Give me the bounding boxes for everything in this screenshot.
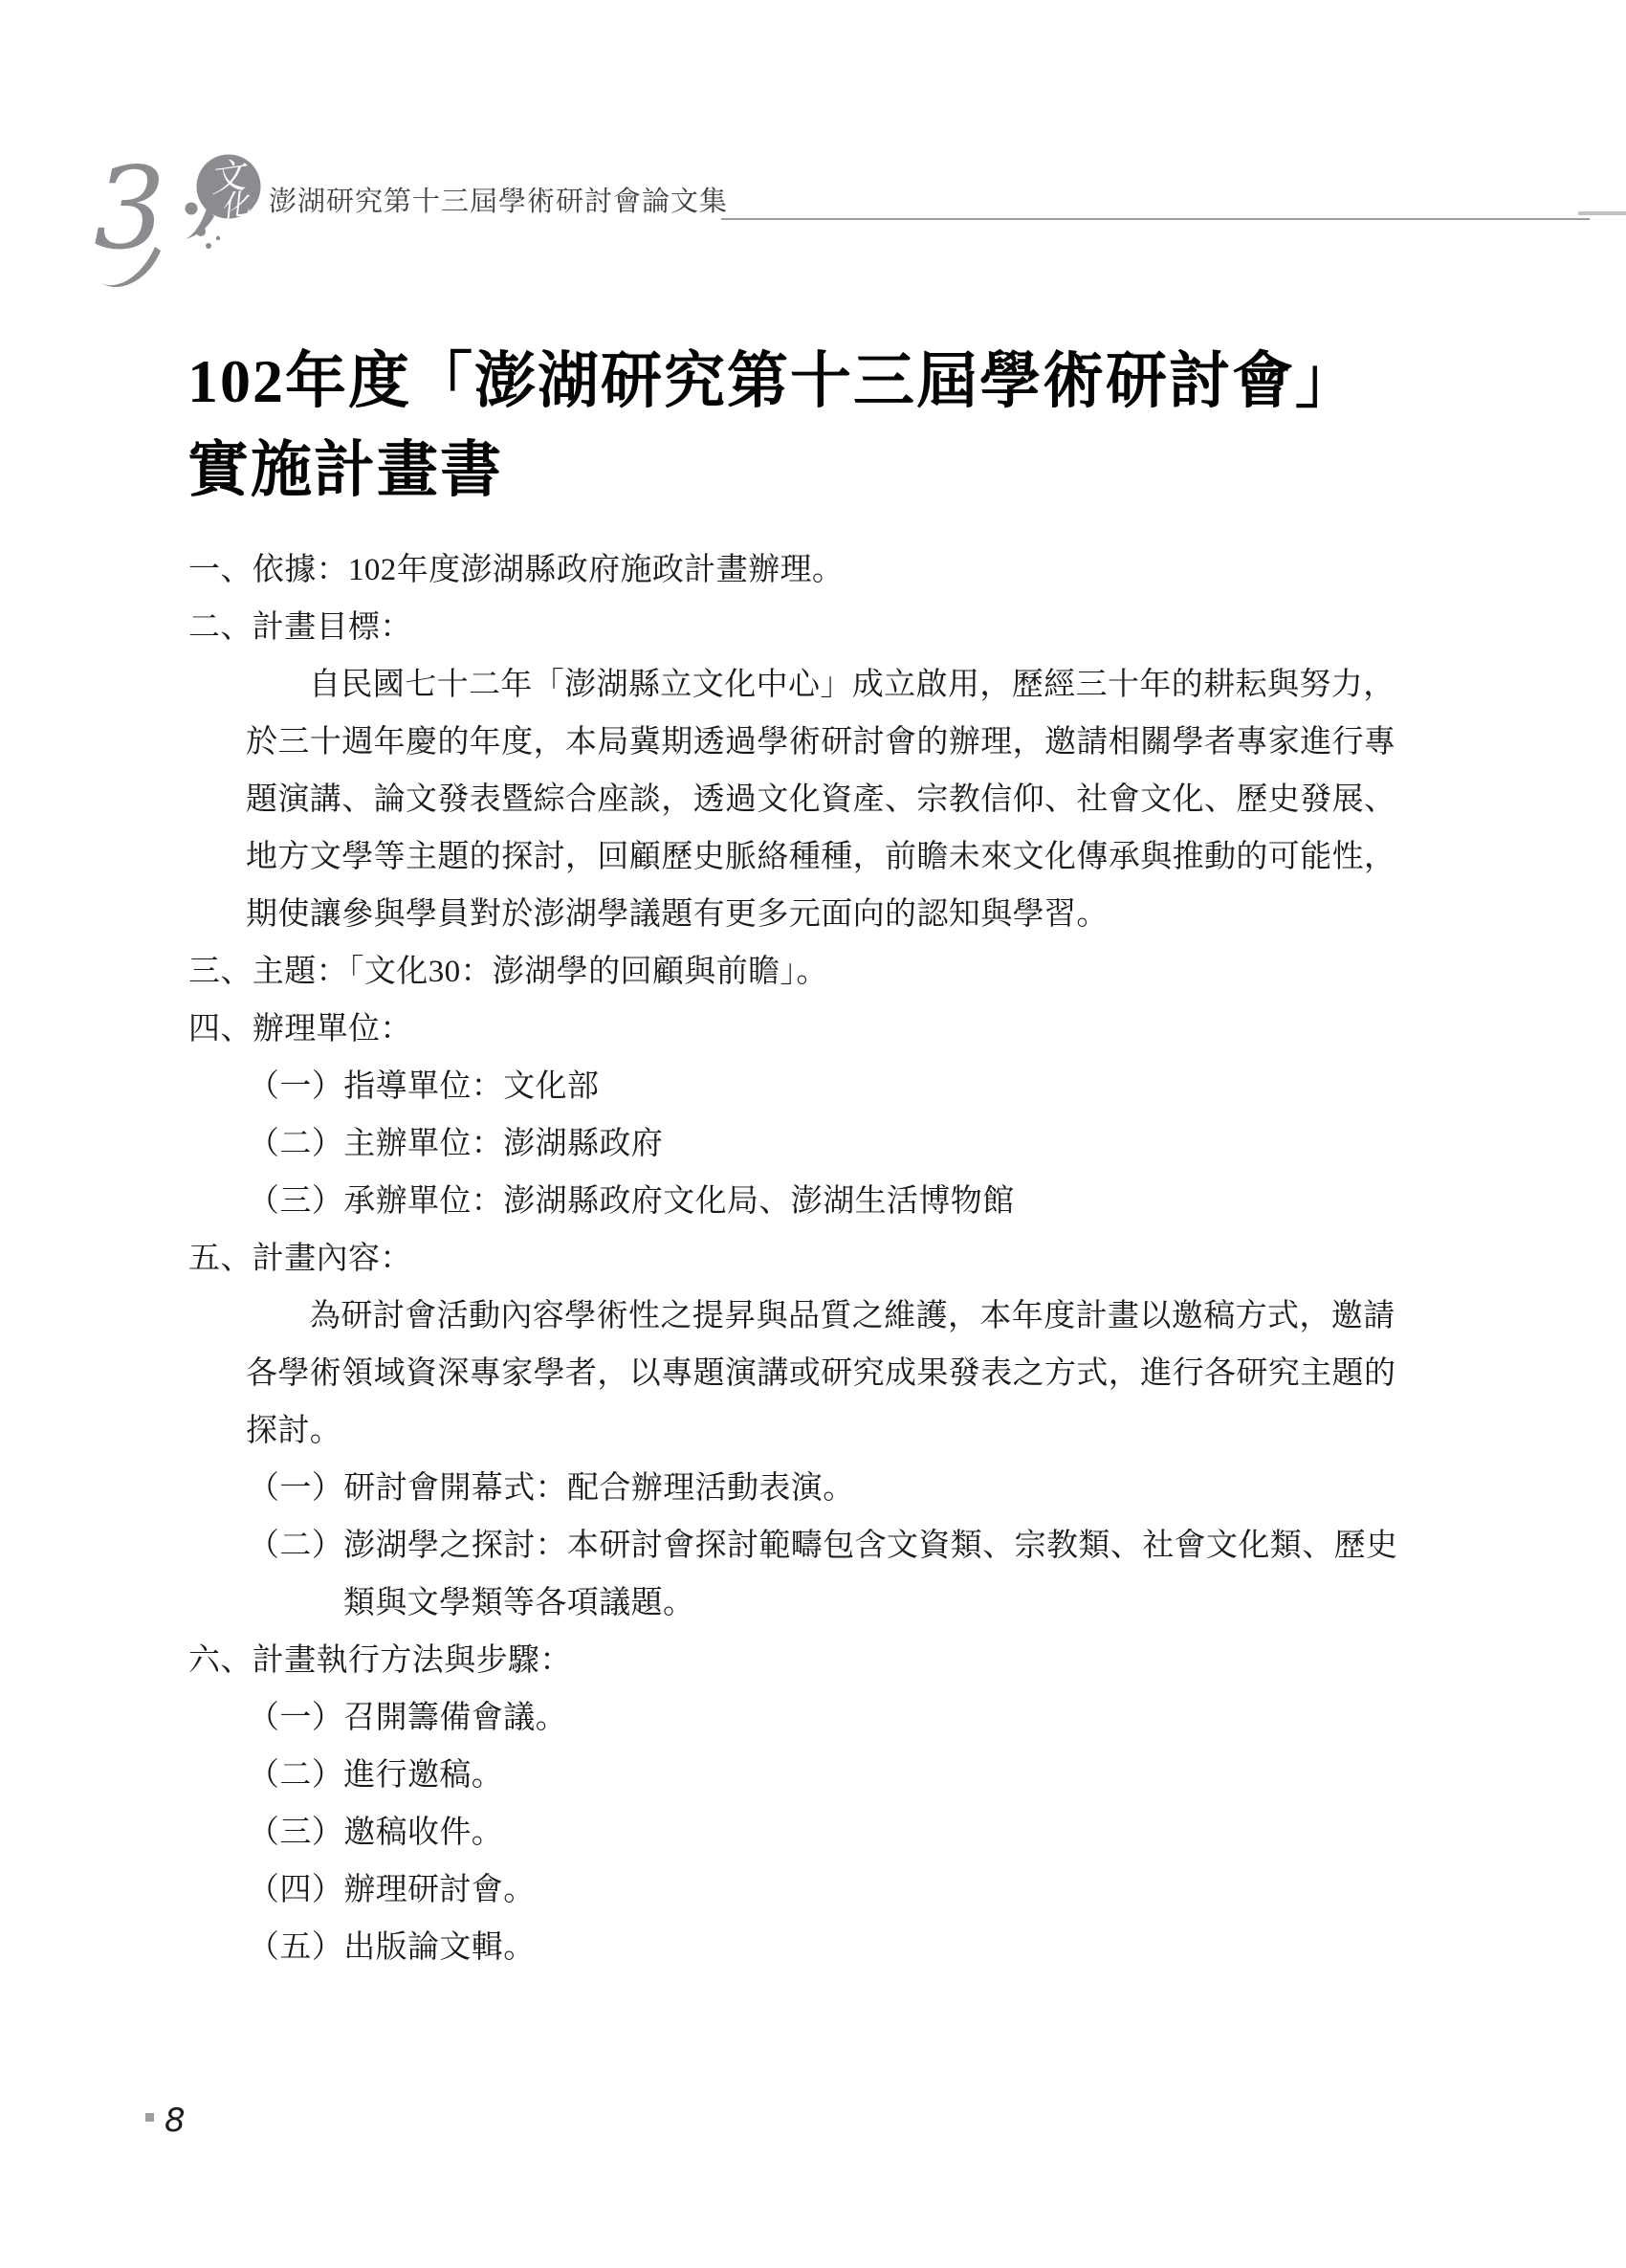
header-rule-edge: [1578, 211, 1626, 215]
doc-line: 一、依據：102年度澎湖縣政府施政計畫辦理。: [188, 541, 1417, 599]
document-body: 一、依據：102年度澎湖縣政府施政計畫辦理。 二、計畫目標： 自民國七十二年「澎…: [188, 541, 1417, 1976]
doc-line: （二）進行邀稿。: [248, 1747, 1417, 1804]
book-header-title: 澎湖研究第十三屆學術研討會論文集: [269, 186, 728, 218]
doc-line: （三）承辦單位：澎湖縣政府文化局、澎湖生活博物館: [248, 1173, 1417, 1230]
doc-line: （一）召開籌備會議。: [248, 1689, 1417, 1747]
doc-line: （四）辦理研討會。: [248, 1861, 1417, 1919]
doc-line: 期使讓參與學員對於澎湖學議題有更多元面向的認知與學習。: [246, 886, 1417, 943]
page-title-line2: 實施計畫書: [187, 426, 1546, 515]
doc-line: 自民國七十二年「澎湖縣立文化中心」成立啟用，歷經三十年的耕耘與努力，: [309, 656, 1417, 714]
document-page: 3 文 化 澎湖研究第十三屆學術研討會論文集 102年度「澎湖研究第十三屆學術研…: [0, 0, 1626, 2268]
doc-line: （二）澎湖學之探討：本研討會探討範疇包含文資類、宗教類、社會文化類、歷史: [248, 1517, 1417, 1574]
page-number: 8: [165, 2102, 186, 2140]
doc-line: （二）主辦單位：澎湖縣政府: [248, 1115, 1417, 1173]
doc-line: 四、辦理單位：: [188, 1001, 1417, 1058]
doc-line: 類與文學類等各項議題。: [343, 1574, 1417, 1632]
doc-line: 題演講、論文發表暨綜合座談，透過文化資產、宗教信仰、社會文化、歷史發展、: [246, 771, 1417, 828]
doc-line: 二、計畫目標：: [188, 599, 1417, 656]
doc-line: 三、主題：「文化30：澎湖學的回顧與前瞻」。: [188, 943, 1417, 1001]
doc-line: 各學術領域資深專家學者，以專題演講或研究成果發表之方式，進行各研究主題的: [246, 1345, 1417, 1402]
doc-line: 探討。: [246, 1402, 1417, 1460]
doc-line: 地方文學等主題的探討，回顧歷史脈絡種種，前瞻未來文化傳承與推動的可能性，: [246, 828, 1417, 886]
page-title-line1: 102年度「澎湖研究第十三屆學術研討會」: [187, 337, 1546, 426]
doc-line: 於三十週年慶的年度，本局冀期透過學術研討會的辦理，邀請相關學者專家進行專: [246, 714, 1417, 771]
doc-line: 為研討會活動內容學術性之提昇與品質之維護，本年度計畫以邀稿方式，邀請: [309, 1288, 1417, 1345]
doc-line: （一）研討會開幕式：配合辦理活動表演。: [248, 1460, 1417, 1517]
page-number-bullet: [145, 2113, 154, 2122]
culture-logo: 3 文 化: [92, 140, 274, 297]
doc-line: 六、計畫執行方法與步驟：: [188, 1632, 1417, 1689]
doc-line: （五）出版論文輯。: [248, 1919, 1417, 1976]
page-title: 102年度「澎湖研究第十三屆學術研討會」 實施計畫書: [187, 337, 1546, 515]
doc-line: （三）邀稿收件。: [248, 1804, 1417, 1861]
doc-line: （一）指導單位：文化部: [248, 1058, 1417, 1115]
header-rule: [721, 218, 1590, 220]
doc-line: 五、計畫內容：: [188, 1230, 1417, 1288]
